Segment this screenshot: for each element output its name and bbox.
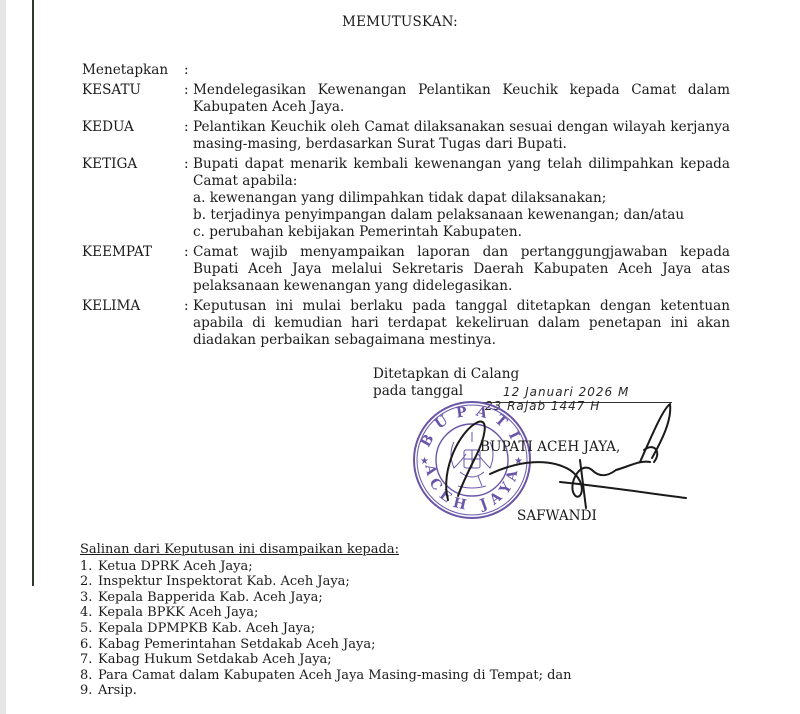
clause-kedua: KEDUA : Pelantikan Keuchik oleh Camat di… bbox=[82, 119, 730, 153]
list-item: 7.Kabag Hukum Setdakab Aceh Jaya; bbox=[80, 652, 572, 668]
decision-clauses: Menetapkan : KESATU : Mendelegasikan Kew… bbox=[82, 62, 730, 349]
document-page: MEMUTUSKAN: Menetapkan : KESATU : Mendel… bbox=[0, 0, 800, 714]
clause-text: Keputusan ini mulai berlaku pada tanggal… bbox=[193, 298, 730, 349]
page-left-edge bbox=[0, 0, 6, 714]
clause-subitem-a: a. kewenangan yang dilimpahkan tidak dap… bbox=[193, 190, 730, 207]
clause-kesatu: KESATU : Mendelegasikan Kewenangan Pelan… bbox=[82, 82, 730, 116]
copies-heading: Salinan dari Keputusan ini disampaikan k… bbox=[80, 542, 572, 558]
clause-subitem-b: b. terjadinya penyimpangan dalam pelaksa… bbox=[193, 207, 730, 224]
clause-colon: : bbox=[184, 82, 193, 116]
list-item: 6.Kabag Pemerintahan Setdakab Aceh Jaya; bbox=[80, 637, 572, 653]
official-name: SAFWANDI bbox=[517, 508, 597, 524]
list-item: 9.Arsip. bbox=[80, 683, 572, 699]
enactment-place: Ditetapkan di Calang bbox=[373, 366, 703, 383]
clause-label: KEDUA bbox=[82, 119, 184, 153]
clause-colon: : bbox=[184, 244, 193, 295]
establishing-label: Menetapkan bbox=[82, 62, 184, 79]
clause-text: Pelantikan Keuchik oleh Camat dilaksanak… bbox=[193, 119, 730, 153]
clause-text: Mendelegasikan Kewenangan Pelantikan Keu… bbox=[193, 82, 730, 116]
establishing-colon: : bbox=[184, 62, 193, 79]
decision-heading: MEMUTUSKAN: bbox=[0, 14, 800, 30]
binding-margin-line bbox=[32, 0, 34, 586]
recipient-list: 1.Ketua DPRK Aceh Jaya; 2.Inspektur Insp… bbox=[80, 559, 572, 699]
clause-text: Bupati dapat menarik kembali kewenangan … bbox=[193, 156, 730, 190]
clause-label: KETIGA bbox=[82, 156, 184, 241]
list-item: 1.Ketua DPRK Aceh Jaya; bbox=[80, 559, 572, 575]
list-item: 5.Kepala DPMPKB Kab. Aceh Jaya; bbox=[80, 621, 572, 637]
list-item: 4.Kepala BPKK Aceh Jaya; bbox=[80, 605, 572, 621]
clause-text: Camat wajib menyampaikan laporan dan per… bbox=[193, 244, 730, 295]
stamp-star-left-icon: ★ bbox=[420, 456, 429, 467]
list-item: 2.Inspektur Inspektorat Kab. Aceh Jaya; bbox=[80, 574, 572, 590]
clause-kelima: KELIMA : Keputusan ini mulai berlaku pad… bbox=[82, 298, 730, 349]
clause-label: KEEMPAT bbox=[82, 244, 184, 295]
clause-subitem-c: c. perubahan kebijakan Pemerintah Kabupa… bbox=[193, 224, 730, 241]
clause-colon: : bbox=[184, 298, 193, 349]
copies-distribution: Salinan dari Keputusan ini disampaikan k… bbox=[80, 542, 572, 699]
establishing-row: Menetapkan : bbox=[82, 62, 730, 79]
list-item: 3.Kepala Bapperida Kab. Aceh Jaya; bbox=[80, 590, 572, 606]
clause-label: KESATU bbox=[82, 82, 184, 116]
clause-ketiga: KETIGA : Bupati dapat menarik kembali ke… bbox=[82, 156, 730, 241]
handwritten-signature-icon bbox=[440, 400, 700, 510]
signature-block: Ditetapkan di Calang pada tanggal 12 Jan… bbox=[373, 366, 703, 400]
clause-colon: : bbox=[184, 119, 193, 153]
list-item: 8.Para Camat dalam Kabupaten Aceh Jaya M… bbox=[80, 668, 572, 684]
clause-keempat: KEEMPAT : Camat wajib menyampaikan lapor… bbox=[82, 244, 730, 295]
clause-label: KELIMA bbox=[82, 298, 184, 349]
clause-colon: : bbox=[184, 156, 193, 241]
